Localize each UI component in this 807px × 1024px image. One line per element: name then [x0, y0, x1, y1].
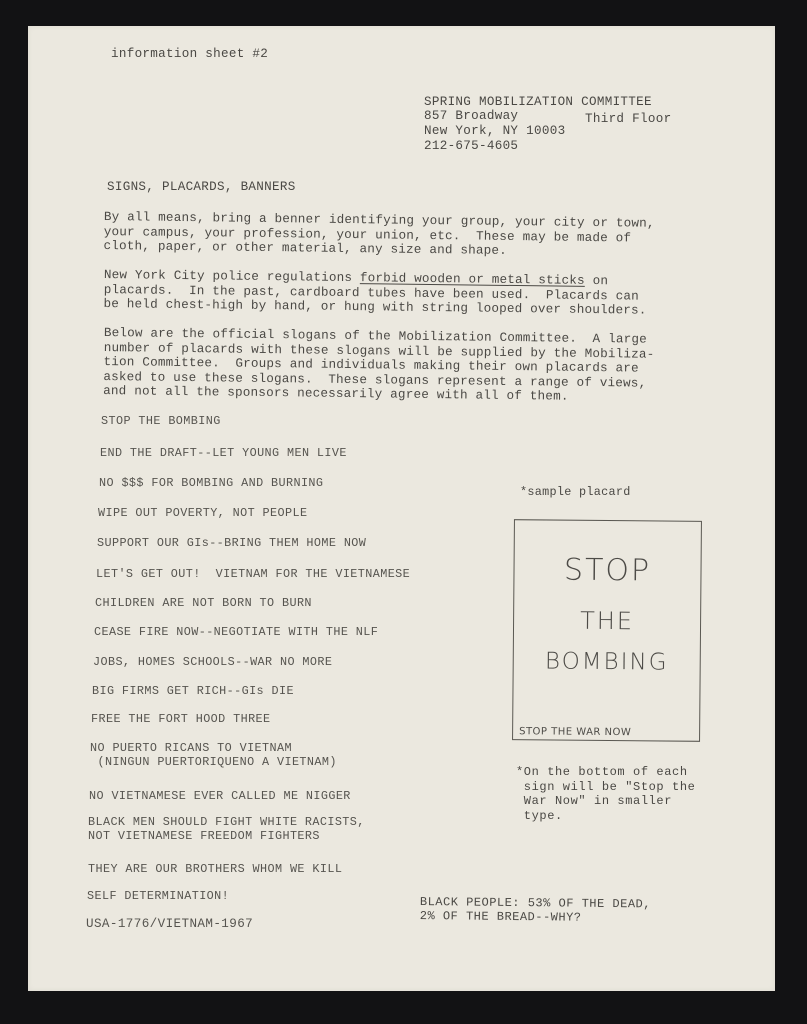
placard-footer: STOP THE WAR NOW	[519, 726, 631, 738]
slogan-item: JOBS, HOMES SCHOOLS--WAR NO MORE	[93, 655, 332, 669]
slogan-item: BLACK MEN SHOULD FIGHT WHITE RACISTS, NO…	[88, 815, 365, 843]
address-city: New York, NY 10003	[424, 124, 565, 138]
placard-line-bombing: BOMBING	[514, 648, 700, 676]
note-line: type.	[516, 809, 695, 824]
address-floor: Third Floor	[585, 112, 671, 126]
note-line: sign will be "Stop the	[516, 780, 695, 795]
bottom-slogan: BLACK PEOPLE: 53% OF THE DEAD, 2% OF THE…	[420, 895, 651, 925]
header-label: information sheet #2	[111, 47, 268, 61]
slogan-item: BIG FIRMS GET RICH--GIs DIE	[92, 684, 294, 698]
paragraph-official-slogans: Below are the official slogans of the Mo…	[103, 326, 655, 405]
slogan-item: CEASE FIRE NOW--NEGOTIATE WITH THE NLF	[94, 625, 378, 639]
slogan-item: USA-1776/VIETNAM-1967	[86, 917, 253, 931]
underlined-text: forbid wooden or metal sticks	[360, 271, 585, 288]
slogan-item: NO PUERTO RICANS TO VIETNAM (NINGUN PUER…	[90, 741, 337, 769]
slogan-item: LET'S GET OUT! VIETNAM FOR THE VIETNAMES…	[96, 567, 410, 581]
sample-placard-caption: *sample placard	[520, 485, 631, 499]
slogan-item: FREE THE FORT HOOD THREE	[91, 712, 271, 726]
slogan-item: NO VIETNAMESE EVER CALLED ME NIGGER	[89, 789, 351, 803]
paragraph-police-regulations: New York City police regulations forbid …	[103, 268, 647, 318]
placard-line-stop: STOP	[514, 552, 700, 589]
slogan-item: NO $$$ FOR BOMBING AND BURNING	[99, 476, 323, 490]
sample-placard: STOP THE BOMBING STOP THE WAR NOW	[512, 519, 702, 742]
slogan-item: END THE DRAFT--LET YOUNG MEN LIVE	[100, 446, 347, 460]
section-title: SIGNS, PLACARDS, BANNERS	[107, 180, 296, 194]
address-street: 857 Broadway	[424, 109, 518, 123]
address-phone: 212-675-4605	[424, 139, 518, 153]
slogan-item: STOP THE BOMBING	[101, 414, 221, 428]
note-line: War Now" in smaller	[516, 794, 695, 809]
slogan-item: SUPPORT OUR GIs--BRING THEM HOME NOW	[97, 536, 366, 550]
slogan-item: SELF DETERMINATION!	[87, 889, 229, 903]
placard-note: *On the bottom of each sign will be "Sto…	[516, 765, 695, 823]
paragraph-banners: By all means, bring a benner identifying…	[103, 210, 654, 260]
slogan-item: THEY ARE OUR BROTHERS WHOM WE KILL	[88, 862, 342, 876]
bottom-slogan-line: 2% OF THE BREAD--WHY?	[420, 909, 651, 925]
slogan-item: CHILDREN ARE NOT BORN TO BURN	[95, 596, 312, 610]
slogan-item: WIPE OUT POVERTY, NOT PEOPLE	[98, 506, 307, 520]
note-line: *On the bottom of each	[516, 765, 695, 780]
address-org: SPRING MOBILIZATION COMMITTEE	[424, 95, 652, 109]
placard-line-the: THE	[514, 606, 700, 636]
